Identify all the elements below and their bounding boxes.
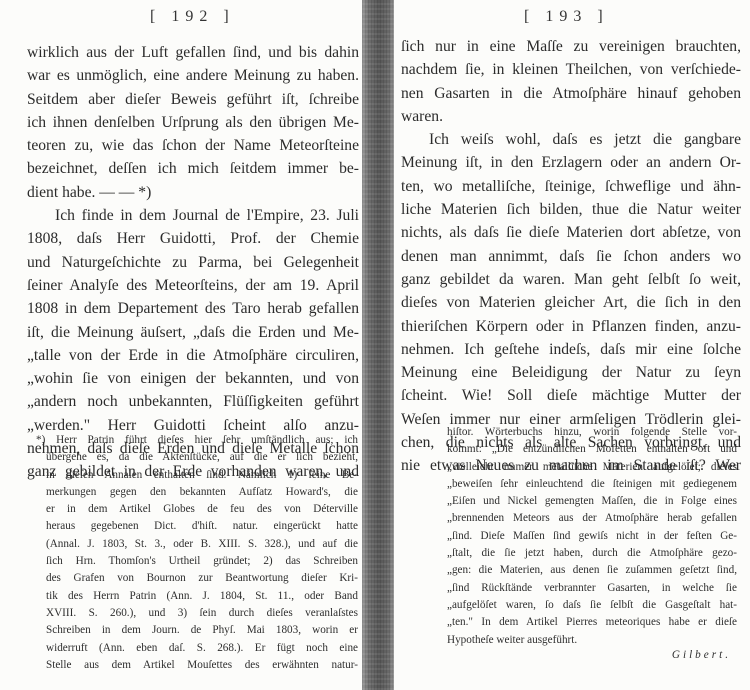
footnote-line: widerruft (Ann. eben daſ. S. 268.). Er f… xyxy=(46,640,358,657)
text-line: ganz gebildet da waren. Man geht ſelbſt … xyxy=(401,268,741,291)
footnote-line: kommt: „Die entzündlichen Mofetten entha… xyxy=(447,441,737,458)
footnote-line: hiſtor. Wörterbuchs hinzu, worin folgend… xyxy=(447,424,737,441)
text-line: „wohin ſie von einigen der bekannten, un… xyxy=(27,367,359,390)
footnote-line: merkungen gegen den bekannten Aufſatz Ho… xyxy=(46,484,358,501)
footnote-line: tik des Herrn Patrin (Ann. J. 1804, St. … xyxy=(46,588,358,605)
body-text: ſich nur in eine Maſſe zu vereinigen bra… xyxy=(401,35,741,478)
text-line: teoren zu, wie das ſchon der Name Meteor… xyxy=(27,134,359,157)
footnote-line: (Annal. J. 1803, St. 3., oder B. XIII. S… xyxy=(46,536,358,553)
text-line: Meinung iſt, in den Erzlagern oder an an… xyxy=(401,151,741,174)
text-line: wirklich aus der Luft gefallen ſind, und… xyxy=(27,41,359,64)
footnote-line: er in dem Artikel Globes de feu des von … xyxy=(46,501,358,518)
footnote-line: Stelle aus dem Artikel Mouſettes des erw… xyxy=(46,657,358,674)
footnote-line: Schreiben in dem Journ. de Phyſ. Mai 180… xyxy=(46,622,358,639)
footnote-line: XVIII. S. 260.), und 3) ſein durch dieſe… xyxy=(46,605,358,622)
text-line: und Naturgeſchichte zu Parma, bei Gelege… xyxy=(27,251,359,274)
text-line: Meinung eine Beleidigung der Natur zu ſe… xyxy=(401,361,741,384)
page-number: [ 193 ] xyxy=(524,8,609,26)
footnote: *) Herr Patrin führt dieſes hier ſehr um… xyxy=(46,432,358,674)
footnote-line: heraus gegebenen Dict. d'hiſt. natur. ei… xyxy=(46,518,358,535)
text-line: nen Gasarten in die Atmoſphäre hinauf ge… xyxy=(401,82,741,105)
footnote-line: „beweiſen ſehr einleuchtend die ſteinige… xyxy=(447,476,737,493)
text-line: 1808, daſs Herr Guidotti, Prof. der Chem… xyxy=(27,227,359,250)
book-spread: [ 192 ] wirklich aus der Luft gefallen ſ… xyxy=(0,0,750,690)
text-line: nehmen. Ich geſtehe indeſs, daſs mir ein… xyxy=(401,338,741,361)
text-line: ich ihnen denſelben Urſprung als den übr… xyxy=(27,111,359,134)
text-line: waren. xyxy=(401,105,741,128)
text-line: 1808 in dem Departement des Taro herab g… xyxy=(27,297,359,320)
text-line: ten, wo metalliſche, ſteinige, ſchweflig… xyxy=(401,175,741,198)
text-line: „talle von der Erde in die Atmoſphäre ci… xyxy=(27,344,359,367)
page-number: [ 192 ] xyxy=(150,8,235,26)
text-line: „andern noch unbekannten, Flüſſigkeiten … xyxy=(27,390,359,413)
left-page: [ 192 ] wirklich aus der Luft gefallen ſ… xyxy=(0,0,364,690)
text-line: ſich nur in eine Maſſe zu vereinigen bra… xyxy=(401,35,741,58)
footnote-line: „ſtalt, die ſie jetzt haben, durch die A… xyxy=(447,545,737,562)
right-page: [ 193 ] ſich nur in eine Maſſe zu verein… xyxy=(394,0,750,690)
signature: Gilbert. xyxy=(447,647,737,664)
text-line: nachdem ſie, in kleinen Theilchen, von v… xyxy=(401,58,741,81)
text-line: iſt, die Meinung äuſsert, „daſs die Erde… xyxy=(27,321,359,344)
footnote-line: in dieſen Annalen enthalten ſind. Nämlic… xyxy=(46,467,358,484)
text-line: Seitdem aber dieſer Beweis geführt iſt, … xyxy=(27,88,359,111)
footnote-line: „ten." In dem Artikel Pierres meteorique… xyxy=(447,614,737,631)
footnote-line: „gen: die Materien, aus denen ſie zuſamm… xyxy=(447,562,737,579)
text-line: thieriſchen Körpern oder in Pflanzen fin… xyxy=(401,315,741,338)
text-line: ſeiner Analyſe des Meteorſteins, der am … xyxy=(27,274,359,297)
footnote-line: „brennenden Meteors aus der Atmoſphäre h… xyxy=(447,510,737,527)
footnote-line: „Eiſen und Nickel gemengten Maſſen, die … xyxy=(447,493,737,510)
text-line: ſcheint. Wie! Soll dieſe mächtige Mutter… xyxy=(401,384,741,407)
text-line: denen man annimmt, daſs ſie ſchon anders… xyxy=(401,245,741,268)
book-gutter xyxy=(362,0,396,690)
footnote-line: „aufgelöſet waren, ſo daſs ſie ſelbſt di… xyxy=(447,597,737,614)
footnote-line: des Grafen von Bournon zur Beantwortung … xyxy=(46,570,358,587)
footnote-line: „vielleicht immer metalliſche Materien a… xyxy=(447,459,737,476)
text-line: bezeichnet, deſſen ich mich ſeitdem imme… xyxy=(27,157,359,180)
footnote-line: ſich Hrn. Thomſon's Urtheil gründet; 2) … xyxy=(46,553,358,570)
footnote-line: „ſind Rückſtände verbrannter Gasarten, i… xyxy=(447,580,737,597)
text-line: dient habe. — — *) xyxy=(27,181,359,204)
text-line: war es unmöglich, eine andere Meinung zu… xyxy=(27,64,359,87)
text-line: liche Materien ſich bilden, thue die Nat… xyxy=(401,198,741,221)
body-text: wirklich aus der Luft gefallen ſind, und… xyxy=(27,41,359,484)
footnote-line: *) Herr Patrin führt dieſes hier ſehr um… xyxy=(36,432,358,449)
footnote-line: übergehe es, da die Aktenſtücke, auf die… xyxy=(46,449,358,466)
footnote-line: „ſind. Dieſe Maſſen ſind gewiſs nicht in… xyxy=(447,528,737,545)
text-line: dieſes von Materien gleicher Art, die ſi… xyxy=(401,291,741,314)
text-line: Ich finde in dem Journal de l'Empire, 23… xyxy=(27,204,359,227)
text-line: nichts, als daſs ſie dieſe Materien dort… xyxy=(401,221,741,244)
text-line: Ich weiſs wohl, daſs es jetzt die gangba… xyxy=(401,128,741,151)
footnote: hiſtor. Wörterbuchs hinzu, worin folgend… xyxy=(447,424,737,664)
